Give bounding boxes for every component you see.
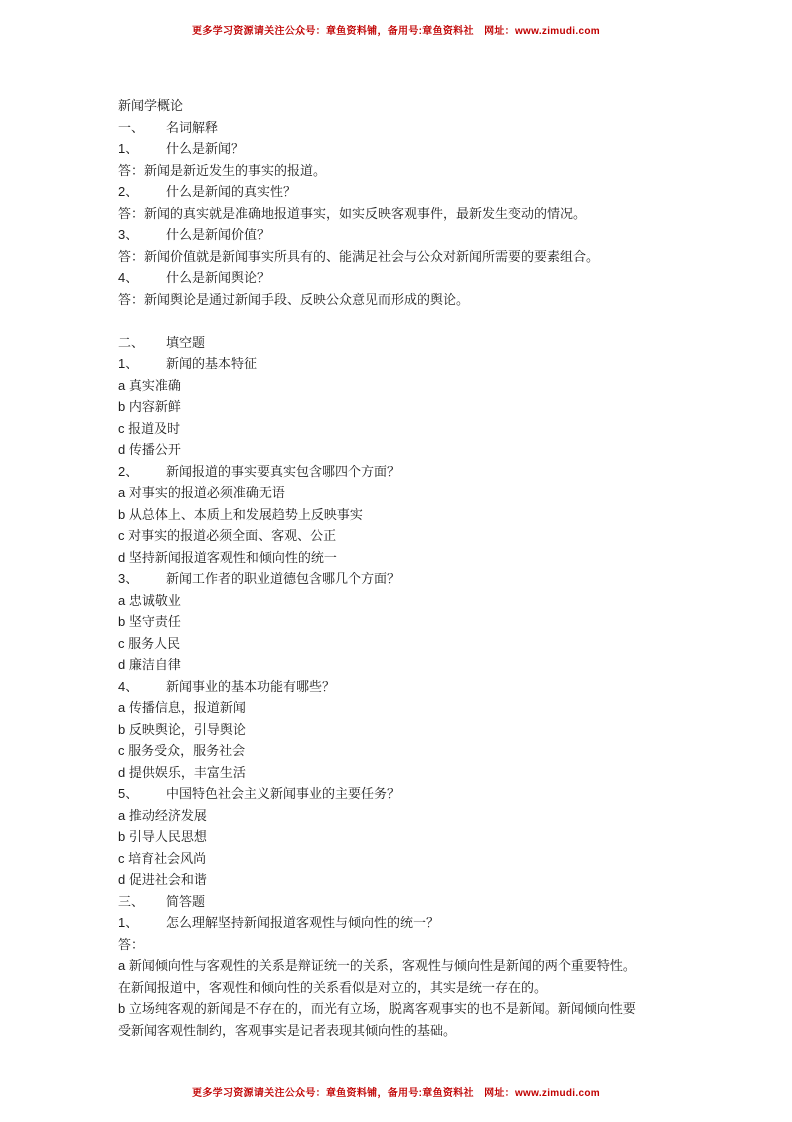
line-number: 三、 [118, 891, 166, 913]
text-line: a 推动经济发展 [118, 805, 738, 827]
text-line: 答：新闻的真实就是准确地报道事实，如实反映客观事件，最新发生变动的情况。 [118, 203, 738, 225]
line-text: d 提供娱乐，丰富生活 [118, 765, 246, 780]
numbered-line: 三、简答题 [118, 891, 738, 913]
text-line: c 服务人民 [118, 633, 738, 655]
text-line: b 坚守责任 [118, 611, 738, 633]
line-text: b 立场纯客观的新闻是不存在的，而光有立场，脱离客观事实的也不是新闻。新闻倾向性… [118, 1001, 636, 1016]
line-text: b 引导人民思想 [118, 829, 207, 844]
line-text: 名词解释 [166, 120, 218, 135]
line-text: c 服务人民 [118, 636, 180, 651]
line-number: 3、 [118, 568, 166, 590]
line-number: 2、 [118, 181, 166, 203]
line-number: 1、 [118, 138, 166, 160]
line-text: 新闻事业的基本功能有哪些？ [166, 679, 335, 694]
line-text: 什么是新闻价值？ [166, 227, 270, 242]
line-text: 答： [118, 937, 144, 952]
text-line: a 传播信息，报道新闻 [118, 697, 738, 719]
line-text: c 服务受众，服务社会 [118, 743, 245, 758]
text-line: c 对事实的报道必须全面、客观、公正 [118, 525, 738, 547]
line-text: 答：新闻舆论是通过新闻手段、反映公众意见而形成的舆论。 [118, 292, 469, 307]
numbered-line: 2、什么是新闻的真实性？ [118, 181, 738, 203]
page-header-promo-text: 更多学习资源请关注公众号：章鱼资料铺，备用号:章鱼资料社 网址：www.zimu… [0, 22, 792, 37]
text-line: 答：新闻价值就是新闻事实所具有的、能满足社会与公众对新闻所需要的要素组合。 [118, 246, 738, 268]
line-text: 新闻的基本特征 [166, 356, 257, 371]
line-number: 2、 [118, 461, 166, 483]
text-line: 答：新闻是新近发生的事实的报道。 [118, 160, 738, 182]
numbered-line: 4、什么是新闻舆论？ [118, 267, 738, 289]
line-text: d 促进社会和谐 [118, 872, 207, 887]
line-text: 什么是新闻？ [166, 141, 244, 156]
line-text: c 对事实的报道必须全面、客观、公正 [118, 528, 336, 543]
line-text: 什么是新闻舆论？ [166, 270, 270, 285]
text-line: d 坚持新闻报道客观性和倾向性的统一 [118, 547, 738, 569]
text-line: b 反映舆论，引导舆论 [118, 719, 738, 741]
text-line: a 忠诚敬业 [118, 590, 738, 612]
line-number: 1、 [118, 353, 166, 375]
text-line: c 报道及时 [118, 418, 738, 440]
line-text: 中国特色社会主义新闻事业的主要任务？ [166, 786, 400, 801]
line-number: 一、 [118, 117, 166, 139]
page-title: 新闻学概论 [118, 95, 738, 117]
numbered-line: 一、名词解释 [118, 117, 738, 139]
line-text: 答：新闻是新近发生的事实的报道。 [118, 163, 326, 178]
line-text: 填空题 [166, 335, 205, 350]
line-text: a 对事实的报道必须准确无语 [118, 485, 285, 500]
line-number: 4、 [118, 676, 166, 698]
line-text: a 新闻倾向性与客观性的关系是辩证统一的关系，客观性与倾向性是新闻的两个重要特性… [118, 958, 636, 973]
document-lines: 一、名词解释1、什么是新闻？答：新闻是新近发生的事实的报道。2、什么是新闻的真实… [118, 117, 738, 1042]
text-line: b 立场纯客观的新闻是不存在的，而光有立场，脱离客观事实的也不是新闻。新闻倾向性… [118, 998, 738, 1020]
line-text: a 真实准确 [118, 378, 181, 393]
line-text: 怎么理解坚持新闻报道客观性与倾向性的统一？ [166, 915, 439, 930]
line-text: d 廉洁自律 [118, 657, 181, 672]
line-number: 5、 [118, 783, 166, 805]
line-text: 简答题 [166, 894, 205, 909]
text-line: c 培育社会风尚 [118, 848, 738, 870]
text-line: 在新闻报道中，客观性和倾向性的关系看似是对立的，其实是统一存在的。 [118, 977, 738, 999]
numbered-line: 二、填空题 [118, 332, 738, 354]
line-text: b 内容新鲜 [118, 399, 181, 414]
numbered-line: 3、什么是新闻价值？ [118, 224, 738, 246]
line-text: 新闻报道的事实要真实包含哪四个方面？ [166, 464, 400, 479]
numbered-line: 1、新闻的基本特征 [118, 353, 738, 375]
line-text: c 报道及时 [118, 421, 180, 436]
numbered-line: 3、新闻工作者的职业道德包含哪几个方面？ [118, 568, 738, 590]
page-footer-promo-text: 更多学习资源请关注公众号：章鱼资料铺，备用号:章鱼资料社 网址：www.zimu… [0, 1084, 792, 1099]
line-text: a 忠诚敬业 [118, 593, 181, 608]
line-text: d 传播公开 [118, 442, 181, 457]
text-line: b 从总体上、本质上和发展趋势上反映事实 [118, 504, 738, 526]
line-text: 在新闻报道中，客观性和倾向性的关系看似是对立的，其实是统一存在的。 [118, 980, 547, 995]
text-line: b 引导人民思想 [118, 826, 738, 848]
line-number: 1、 [118, 912, 166, 934]
line-number: 4、 [118, 267, 166, 289]
line-text: a 推动经济发展 [118, 808, 207, 823]
blank-line [118, 310, 738, 332]
line-text: 新闻工作者的职业道德包含哪几个方面？ [166, 571, 400, 586]
text-line: b 内容新鲜 [118, 396, 738, 418]
line-number: 二、 [118, 332, 166, 354]
numbered-line: 1、怎么理解坚持新闻报道客观性与倾向性的统一？ [118, 912, 738, 934]
line-text: b 反映舆论，引导舆论 [118, 722, 246, 737]
line-text: 答：新闻价值就是新闻事实所具有的、能满足社会与公众对新闻所需要的要素组合。 [118, 249, 599, 264]
text-line: d 廉洁自律 [118, 654, 738, 676]
numbered-line: 5、中国特色社会主义新闻事业的主要任务？ [118, 783, 738, 805]
numbered-line: 4、新闻事业的基本功能有哪些？ [118, 676, 738, 698]
text-line: d 促进社会和谐 [118, 869, 738, 891]
text-line: a 新闻倾向性与客观性的关系是辩证统一的关系，客观性与倾向性是新闻的两个重要特性… [118, 955, 738, 977]
line-number: 3、 [118, 224, 166, 246]
line-text: a 传播信息，报道新闻 [118, 700, 246, 715]
line-text: b 从总体上、本质上和发展趋势上反映事实 [118, 507, 363, 522]
numbered-line: 2、新闻报道的事实要真实包含哪四个方面？ [118, 461, 738, 483]
numbered-line: 1、什么是新闻？ [118, 138, 738, 160]
line-text: 答：新闻的真实就是准确地报道事实，如实反映客观事件，最新发生变动的情况。 [118, 206, 586, 221]
document-content: 新闻学概论 一、名词解释1、什么是新闻？答：新闻是新近发生的事实的报道。2、什么… [118, 95, 738, 1041]
text-line: d 提供娱乐，丰富生活 [118, 762, 738, 784]
text-line: 答：新闻舆论是通过新闻手段、反映公众意见而形成的舆论。 [118, 289, 738, 311]
text-line: 受新闻客观性制约，客观事实是记者表现其倾向性的基础。 [118, 1020, 738, 1042]
text-line: a 真实准确 [118, 375, 738, 397]
line-text: 受新闻客观性制约，客观事实是记者表现其倾向性的基础。 [118, 1023, 456, 1038]
text-line: 答： [118, 934, 738, 956]
line-text: b 坚守责任 [118, 614, 181, 629]
text-line: c 服务受众，服务社会 [118, 740, 738, 762]
line-text: c 培育社会风尚 [118, 851, 206, 866]
text-line: d 传播公开 [118, 439, 738, 461]
line-text: 什么是新闻的真实性？ [166, 184, 296, 199]
text-line: a 对事实的报道必须准确无语 [118, 482, 738, 504]
line-text: d 坚持新闻报道客观性和倾向性的统一 [118, 550, 337, 565]
